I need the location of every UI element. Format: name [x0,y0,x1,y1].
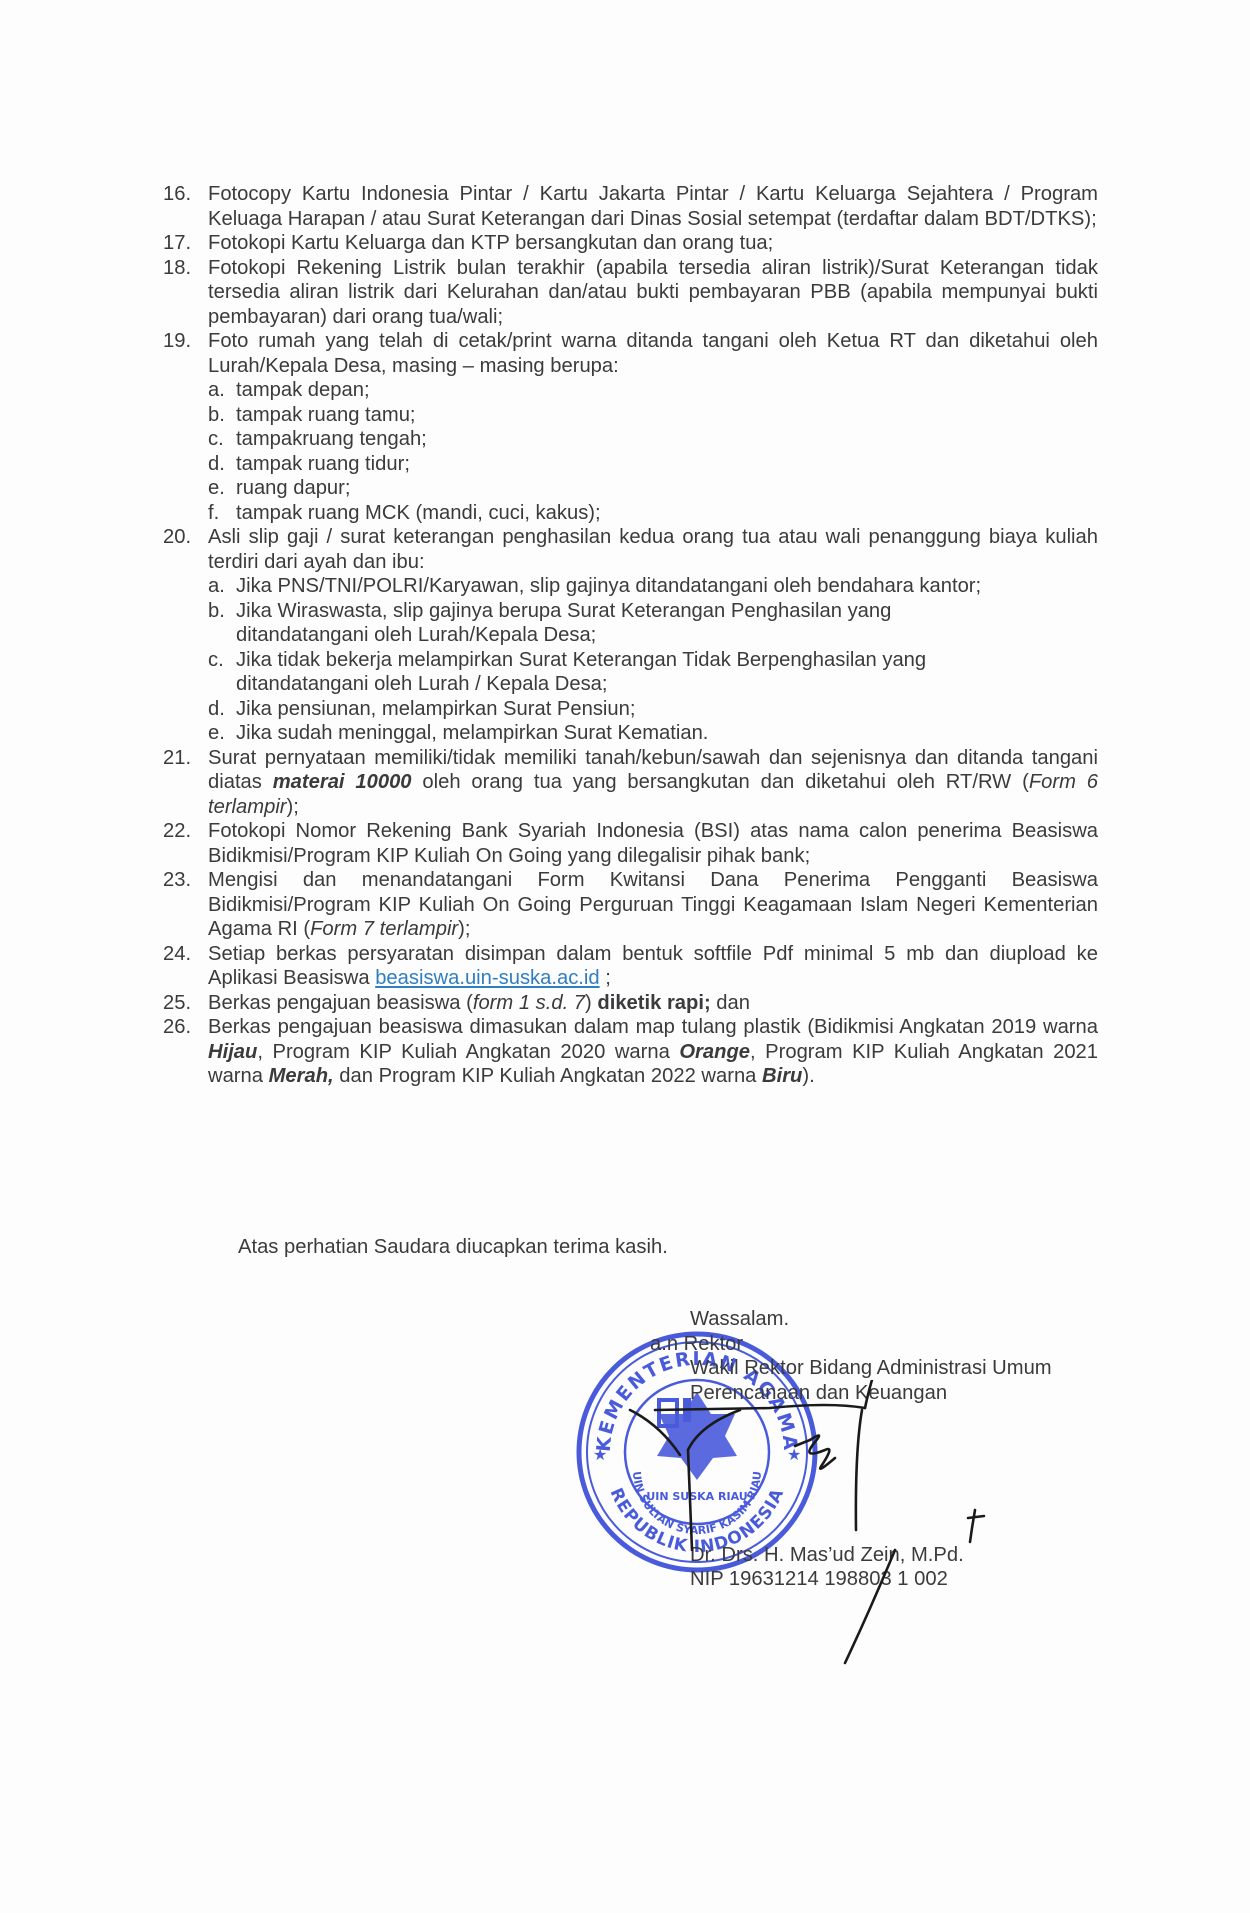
text-run: ) [585,992,597,1014]
text-run: ; [600,967,611,989]
requirement-item: 20.Asli slip gaji / surat keterangan pen… [163,525,1098,746]
item-text: Mengisi dan menandatangani Form Kwitansi… [208,868,1098,942]
item-number: 16. [163,182,208,231]
sub-item-text: tampakruang tengah; [236,427,1098,452]
text-run: Berkas pengajuan beasiswa ( [208,992,473,1014]
sub-item-text: tampak depan; [236,378,1098,403]
sub-item-letter: a. [208,378,236,403]
text-run: Fotokopi Nomor Rekening Bank Syariah Ind… [208,820,1098,867]
emphasis-text: Hijau [208,1041,257,1063]
sub-item-text: Jika tidak bekerja melampirkan Surat Ket… [236,648,1098,673]
sub-item-letter: e. [208,721,236,746]
sub-item-letter: e. [208,476,236,501]
sub-item: d.Jika pensiunan, melampirkan Surat Pens… [208,697,1098,722]
requirement-item: 23.Mengisi dan menandatangani Form Kwita… [163,868,1098,942]
item-text: Berkas pengajuan beasiswa (form 1 s.d. 7… [208,991,1098,1016]
sub-item-letter: d. [208,697,236,722]
item-text: Surat pernyataan memiliki/tidak memiliki… [208,746,1098,820]
sub-item-letter: b. [208,403,236,428]
on-behalf-label: a.n Rektor [650,1332,1052,1357]
sub-item-text: tampak ruang tidur; [236,452,1098,477]
item-number: 19. [163,329,208,525]
svg-text:★: ★ [787,1447,801,1464]
sub-item-text: Jika sudah meninggal, melampirkan Surat … [236,721,1098,746]
requirement-item: 24.Setiap berkas persyaratan disimpan da… [163,942,1098,991]
item-number: 18. [163,256,208,330]
sub-item-letter: f. [208,501,236,526]
sub-item-continuation: ditandatangani oleh Lurah / Kepala Desa; [236,672,1098,697]
text-run: ). [802,1065,814,1087]
emphasis-text: diketik rapi; [597,992,710,1014]
sub-item: e.ruang dapur; [208,476,1098,501]
emphasis-text: Form 7 terlampir [310,918,458,940]
text-run: Berkas pengajuan beasiswa dimasukan dala… [208,1016,1098,1038]
svg-text:UIN SUSKA RIAU: UIN SUSKA RIAU [646,1490,747,1503]
sub-item-letter: b. [208,599,236,648]
text-run: Fotokopi Kartu Keluarga dan KTP bersangk… [208,232,773,254]
text-run: Fotocopy Kartu Indonesia Pintar / Kartu … [208,183,1098,230]
signatory-title-line1: Wakil Rektor Bidang Administrasi Umum [690,1356,1052,1381]
sub-item: b.Jika Wiraswasta, slip gajinya berupa S… [208,599,1098,648]
emphasis-text: Orange [679,1041,750,1063]
sub-item-letter: c. [208,648,236,697]
item-number: 22. [163,819,208,868]
signatory-nip: NIP 19631214 198803 1 002 [690,1567,948,1592]
sub-item: d.tampak ruang tidur; [208,452,1098,477]
requirement-item: 16.Fotocopy Kartu Indonesia Pintar / Kar… [163,182,1098,231]
sub-item: c.Jika tidak bekerja melampirkan Surat K… [208,648,1098,697]
requirement-item: 18.Fotokopi Rekening Listrik bulan terak… [163,256,1098,330]
item-text: Asli slip gaji / surat keterangan pengha… [208,525,1098,746]
item-text: Fotokopi Kartu Keluarga dan KTP bersangk… [208,231,1098,256]
sub-item-letter: d. [208,452,236,477]
text-run: dan [711,992,750,1014]
requirement-item: 17.Fotokopi Kartu Keluarga dan KTP bersa… [163,231,1098,256]
sub-item: c.tampakruang tengah; [208,427,1098,452]
text-run: Fotokopi Rekening Listrik bulan terakhir… [208,257,1098,328]
sub-item-text: tampak ruang MCK (mandi, cuci, kakus); [236,501,1098,526]
svg-text:★: ★ [593,1447,607,1464]
text-run: Setiap berkas persyaratan disimpan dalam… [208,943,1098,990]
sub-item: a.tampak depan; [208,378,1098,403]
sub-item-continuation: ditandatangani oleh Lurah/Kepala Desa; [236,623,1098,648]
closing-text: Atas perhatian Saudara diucapkan terima … [238,1236,668,1259]
item-number: 24. [163,942,208,991]
item-text: Fotocopy Kartu Indonesia Pintar / Kartu … [208,182,1098,231]
signatory-name: Dr. Drs. H. Mas’ud Zein, M.Pd. [690,1543,964,1568]
item-number: 26. [163,1015,208,1089]
requirements-list: 16.Fotocopy Kartu Indonesia Pintar / Kar… [163,182,1098,1089]
scholarship-portal-link[interactable]: beasiswa.uin-suska.ac.id [375,967,599,989]
item-number: 20. [163,525,208,746]
requirement-item: 22.Fotokopi Nomor Rekening Bank Syariah … [163,819,1098,868]
requirement-item: 26.Berkas pengajuan beasiswa dimasukan d… [163,1015,1098,1089]
text-run: ); [458,918,470,940]
sub-item-text: tampak ruang tamu; [236,403,1098,428]
signatory-title-line2: Perencanaan dan Keuangan [690,1381,1052,1406]
requirement-item: 19.Foto rumah yang telah di cetak/print … [163,329,1098,525]
item-number: 25. [163,991,208,1016]
text-run: ); [287,796,299,818]
item-text: Fotokopi Rekening Listrik bulan terakhir… [208,256,1098,330]
sub-item-letter: c. [208,427,236,452]
emphasis-text: Biru [762,1065,802,1087]
sub-item-letter: a. [208,574,236,599]
sub-item: e.Jika sudah meninggal, melampirkan Sura… [208,721,1098,746]
emphasis-text: form 1 s.d. 7 [473,992,585,1014]
item-text: Fotokopi Nomor Rekening Bank Syariah Ind… [208,819,1098,868]
sub-item-text: ruang dapur; [236,476,1098,501]
sub-item: b.tampak ruang tamu; [208,403,1098,428]
item-number: 21. [163,746,208,820]
sub-item: a.Jika PNS/TNI/POLRI/Karyawan, slip gaji… [208,574,1098,599]
emphasis-text: Merah, [269,1065,334,1087]
item-text: Setiap berkas persyaratan disimpan dalam… [208,942,1098,991]
requirement-item: 21.Surat pernyataan memiliki/tidak memil… [163,746,1098,820]
item-text: Berkas pengajuan beasiswa dimasukan dala… [208,1015,1098,1089]
sub-item-text: Jika pensiunan, melampirkan Surat Pensiu… [236,697,1098,722]
text-run: Asli slip gaji / surat keterangan pengha… [208,526,1098,573]
text-run: dan Program KIP Kuliah Angkatan 2022 war… [334,1065,762,1087]
item-number: 23. [163,868,208,942]
emphasis-text: materai 10000 [273,771,412,793]
sub-item-text: Jika Wiraswasta, slip gajinya berupa Sur… [236,599,1098,624]
document-page: 16.Fotocopy Kartu Indonesia Pintar / Kar… [0,0,1250,1913]
signature-block: Wassalam. a.n Rektor Wakil Rektor Bidang… [690,1307,1052,1405]
text-run: oleh orang tua yang bersangkutan dan dik… [412,771,1029,793]
text-run: , Program KIP Kuliah Angkatan 2020 warna [257,1041,679,1063]
salutation: Wassalam. [690,1307,1052,1332]
text-run: Foto rumah yang telah di cetak/print war… [208,330,1098,377]
item-number: 17. [163,231,208,256]
item-text: Foto rumah yang telah di cetak/print war… [208,329,1098,525]
requirement-item: 25.Berkas pengajuan beasiswa (form 1 s.d… [163,991,1098,1016]
sub-item: f.tampak ruang MCK (mandi, cuci, kakus); [208,501,1098,526]
sub-item-text: Jika PNS/TNI/POLRI/Karyawan, slip gajiny… [236,574,1098,599]
